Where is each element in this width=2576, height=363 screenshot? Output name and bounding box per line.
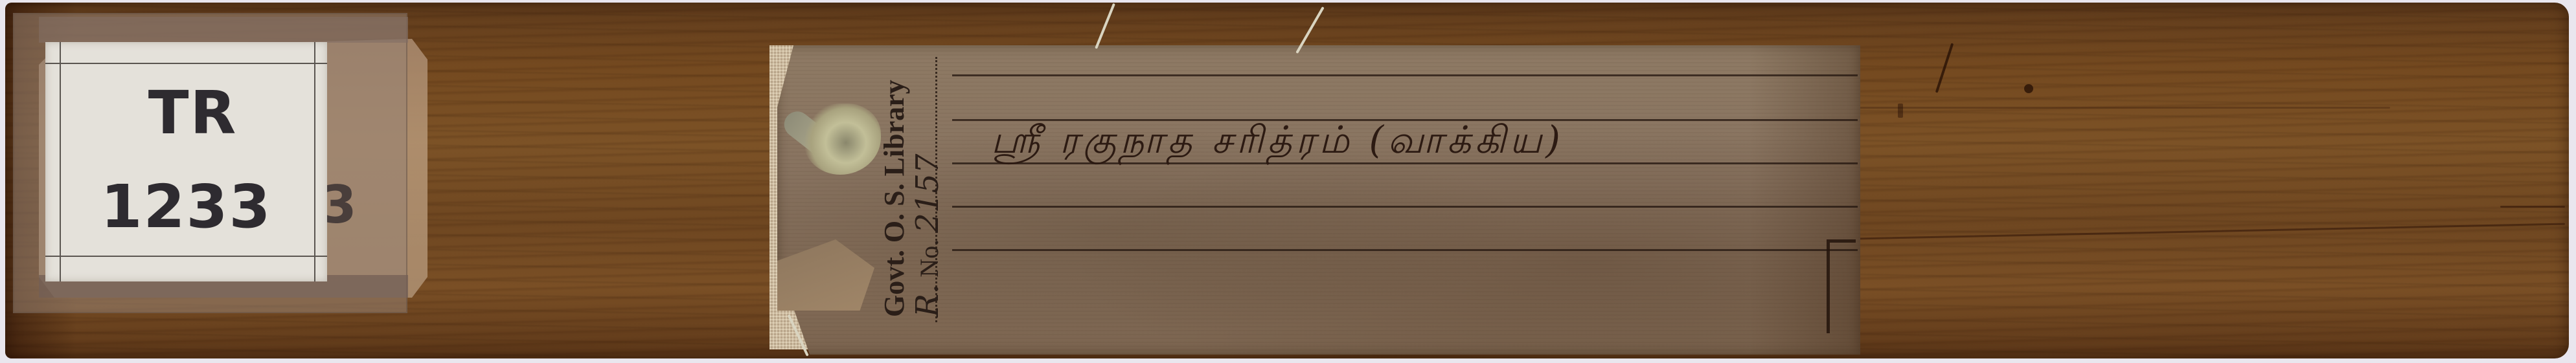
initials-handwritten: R. [909, 284, 946, 317]
wood-grain-crack [1807, 107, 2390, 109]
catalog-card: TR 1233 [45, 42, 327, 281]
wood-knot-mark [1898, 104, 1903, 118]
card-rule-left [60, 42, 61, 281]
tape-strip-top [39, 17, 408, 43]
number-handwritten: 2157 [909, 154, 946, 233]
library-number-field: R. No. 2157 [909, 154, 946, 317]
bracket-mark [1827, 239, 1856, 333]
number-prefix: No. [915, 239, 944, 278]
ruled-line [952, 74, 1858, 76]
wood-grain-crack [2500, 206, 2565, 208]
card-rule-right [314, 42, 315, 281]
catalog-number: 1233 [45, 175, 327, 239]
card-rule-bottom [45, 256, 327, 257]
library-header-text: Govt. O. S. Library [878, 80, 911, 317]
ruled-line [952, 206, 1858, 208]
ruled-line [952, 249, 1858, 251]
manuscript-title-handwritten: ஸ்ரீ ரகுநாத சரித்ரம் (வாக்கிய) [991, 118, 1833, 176]
wood-knot-mark [2024, 84, 2033, 93]
catalog-prefix: TR [45, 81, 334, 146]
card-rule-top [45, 63, 327, 64]
